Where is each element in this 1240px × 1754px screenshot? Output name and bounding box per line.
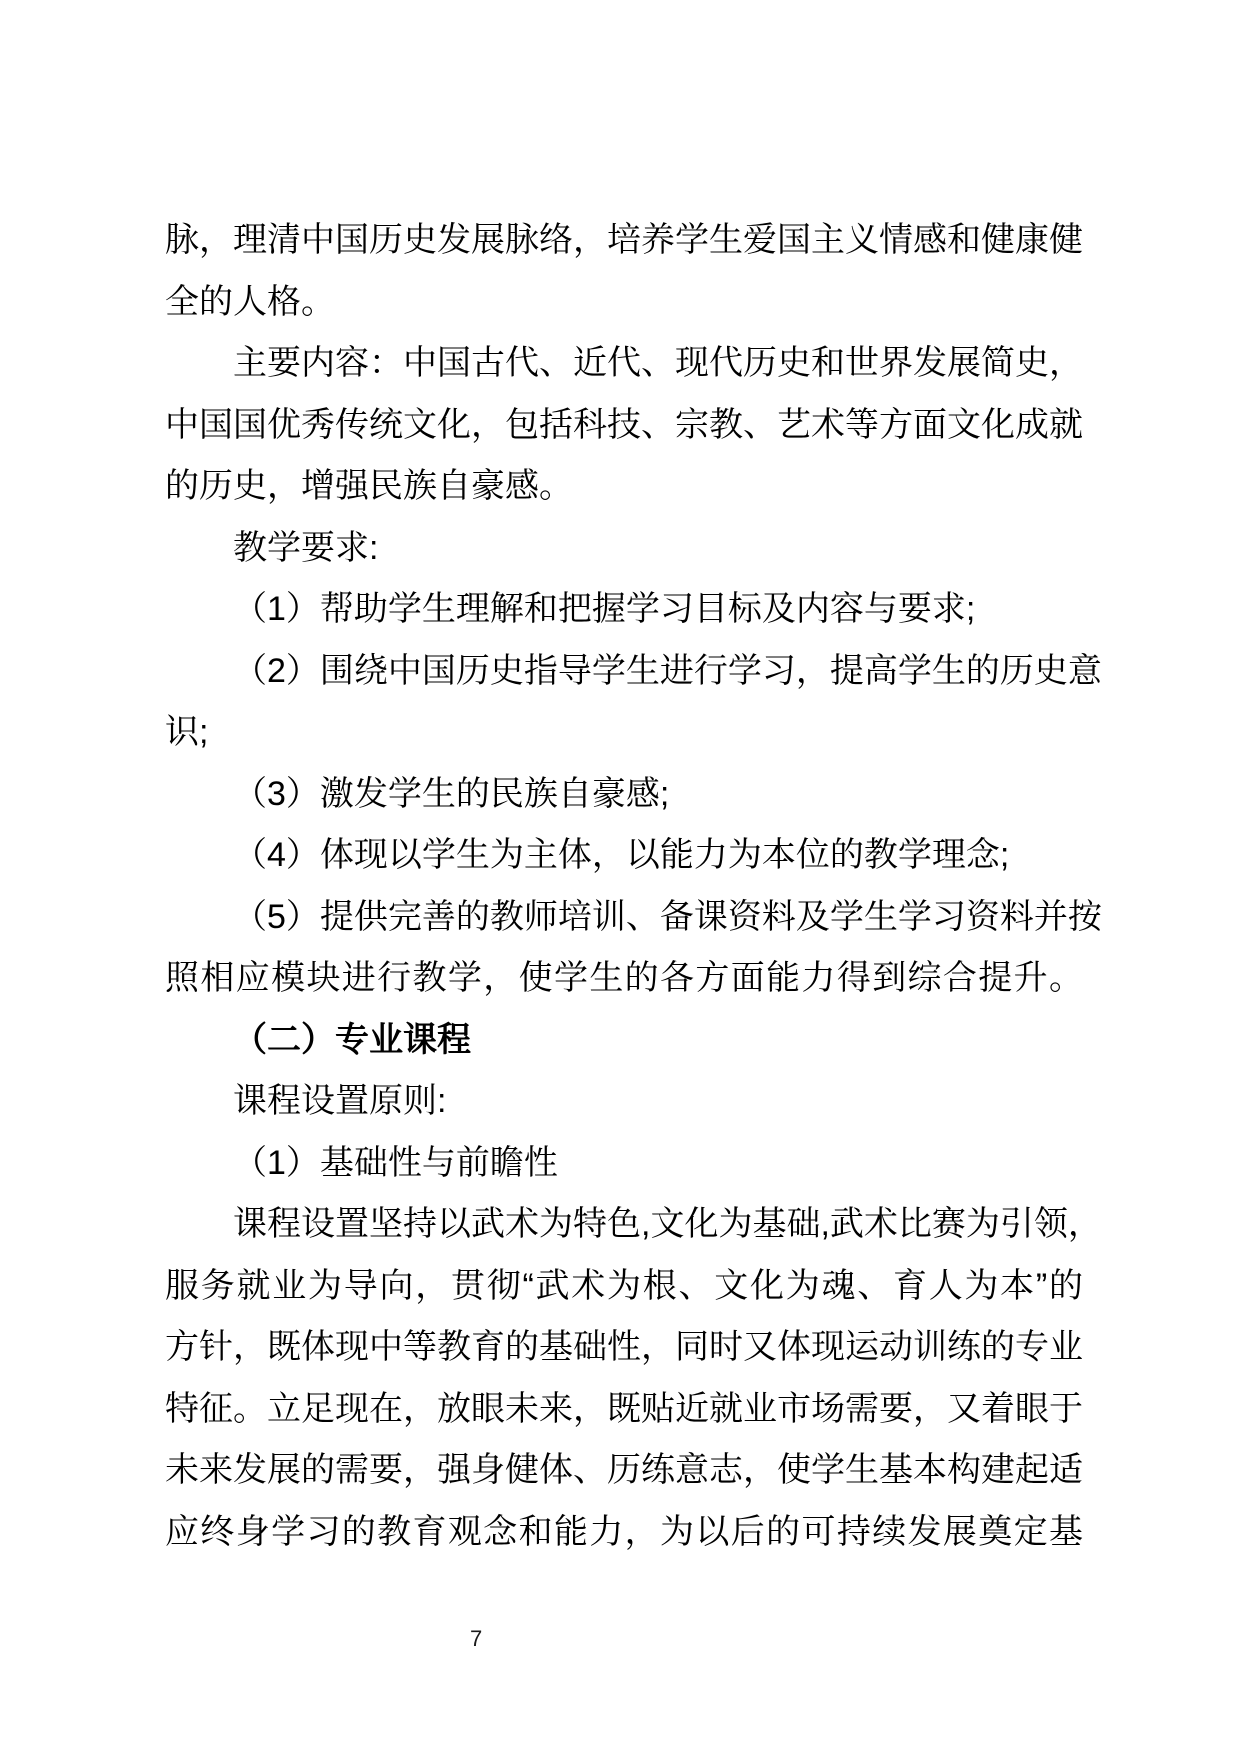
text-line: 全的人格。 xyxy=(165,272,1083,334)
document-page: 脉，理清中国历史发展脉络，培养学生爱国主义情感和健康健 全的人格。 主要内容：中… xyxy=(0,0,1240,1754)
text-line: 特征。立足现在，放眼未来，既贴近就业市场需要，又着眼于 xyxy=(165,1379,1083,1441)
page-number: 7 xyxy=(470,1624,482,1654)
text-line-item5: （5）提供完善的教师培训、备课资料及学生学习资料并按 xyxy=(165,887,1083,949)
text-line: 教学要求: xyxy=(165,518,1083,580)
text-line: 未来发展的需要，强身健体、历练意志，使学生基本构建起适 xyxy=(165,1440,1083,1502)
text-line-item3: （3）激发学生的民族自豪感; xyxy=(165,764,1083,826)
text-block: 脉，理清中国历史发展脉络，培养学生爱国主义情感和健康健 全的人格。 主要内容：中… xyxy=(165,210,1083,1563)
text-line: 中国国优秀传统文化，包括科技、宗教、艺术等方面文化成就 xyxy=(165,395,1083,457)
text-line: 主要内容：中国古代、近代、现代历史和世界发展简史， xyxy=(165,333,1083,395)
text-line: 课程设置原则: xyxy=(165,1071,1083,1133)
text-line-item2: （2）围绕中国历史指导学生进行学习，提高学生的历史意 xyxy=(165,641,1083,703)
section-heading: （二）专业课程 xyxy=(165,1010,1083,1072)
text-line: 课程设置坚持以武术为特色,文化为基础,武术比赛为引领， xyxy=(165,1194,1083,1256)
text-line: 照相应模块进行教学，使学生的各方面能力得到综合提升。 xyxy=(165,948,1083,1010)
text-line: 方针，既体现中等教育的基础性，同时又体现运动训练的专业 xyxy=(165,1317,1083,1379)
text-line: 应终身学习的教育观念和能力，为以后的可持续发展奠定基 xyxy=(165,1502,1083,1564)
text-line: 识; xyxy=(165,702,1083,764)
text-line: （1）基础性与前瞻性 xyxy=(165,1133,1083,1195)
text-line: 脉，理清中国历史发展脉络，培养学生爱国主义情感和健康健 xyxy=(165,210,1083,272)
text-line-item1: （1）帮助学生理解和把握学习目标及内容与要求; xyxy=(165,579,1083,641)
text-line: 服务就业为导向，贯彻“武术为根、文化为魂、育人为本”的 xyxy=(165,1256,1083,1318)
text-line: 的历史，增强民族自豪感。 xyxy=(165,456,1083,518)
text-line-item4: （4）体现以学生为主体，以能力为本位的教学理念; xyxy=(165,825,1083,887)
